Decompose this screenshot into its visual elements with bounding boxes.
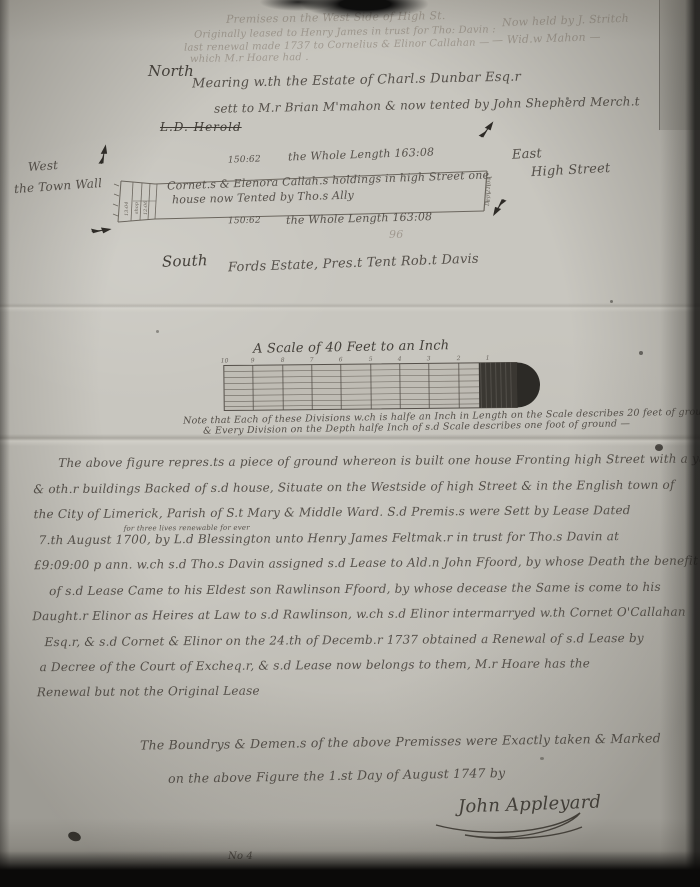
stain-dot <box>655 444 663 451</box>
scale-tick: 6 <box>339 356 343 363</box>
closing-line-2: on the above Figure the 1.st Day of Augu… <box>168 766 505 786</box>
body-line-9: a Decree of the Court of Excheq.r, & s.d… <box>40 657 591 674</box>
ink-blot <box>67 830 82 843</box>
body-line-4: 7.th August 1700, by L.d Blessington unt… <box>39 530 619 547</box>
scale-tick: 9 <box>251 357 255 364</box>
folio-number: No 4 <box>228 851 253 862</box>
stain-dot <box>156 330 159 333</box>
closing-line-1: The Boundrys & Demen.s of the above Prem… <box>140 731 661 752</box>
stain-dot <box>566 97 569 100</box>
body-line-3: the City of Limerick, Parish of S.t Mary… <box>34 504 631 521</box>
west-label: West <box>28 159 59 174</box>
pencil-number: 96 <box>389 229 403 241</box>
parcel-measure: 13:04 <box>124 202 130 216</box>
east-label: East <box>512 147 543 163</box>
body-line-2: & oth.r buildings Backed of s.d house, S… <box>33 479 674 497</box>
body-line-10: Renewal but not the Original Lease <box>37 685 260 700</box>
scale-tick: 5 <box>369 356 373 363</box>
stain-dot <box>540 757 544 760</box>
body-line-8: Esq.r, & s.d Cornet & Elinor on the 24.t… <box>44 632 643 649</box>
parcel-measure: shop <box>134 201 140 214</box>
body-line-1: The above figure repres.ts a piece of gr… <box>58 452 700 470</box>
scanned-survey-document: Premises on the West Side of High St. Or… <box>0 0 700 887</box>
stain-dot <box>639 351 643 355</box>
parcel-measure: 12:06 <box>143 200 149 215</box>
scale-tick: 1 <box>486 355 490 362</box>
scale-tick: 10 <box>221 357 229 364</box>
scale-tick: 4 <box>397 356 402 363</box>
south-label: South <box>162 252 208 270</box>
scale-tick: 3 <box>427 355 431 362</box>
scale-tick: 2 <box>456 355 461 362</box>
stain-dot <box>610 300 613 303</box>
scale-tick: 8 <box>281 357 285 364</box>
bottom-dimension: 150:62 <box>228 217 261 228</box>
top-dimension: 150:62 <box>228 155 261 166</box>
body-line-7: Daught.r Elinor as Heires at Law to s.d … <box>32 606 686 624</box>
adjacent-sheet-edge <box>659 0 700 130</box>
body-line-5: £9:09:00 p ann. w.ch s.d Tho.s Davin ass… <box>34 555 698 573</box>
scale-tick: 7 <box>310 357 314 364</box>
signature-flourish <box>430 805 600 845</box>
body-line-6: of s.d Lease Came to his Eldest son Rawl… <box>49 581 661 598</box>
